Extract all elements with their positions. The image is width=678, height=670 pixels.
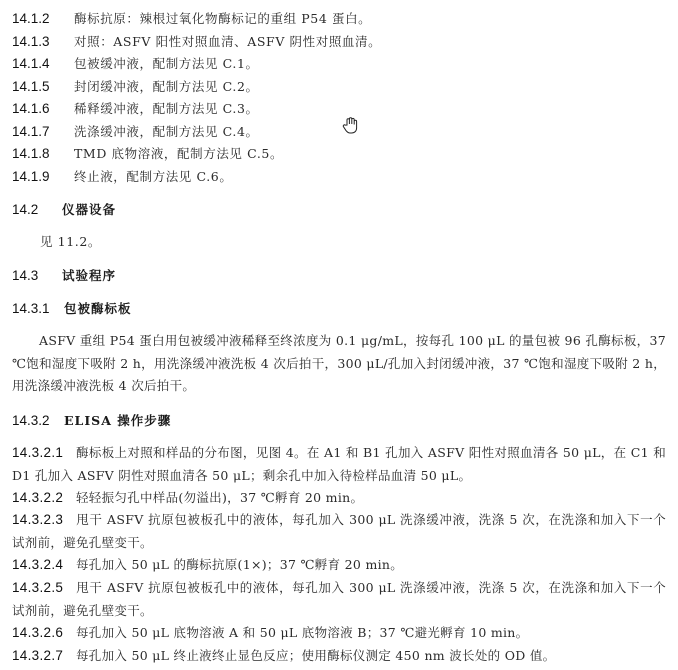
body-text: 见 11.2。 <box>40 234 101 249</box>
step-number: 14.3.2.4 <box>12 554 76 577</box>
list-item: 14.1.7洗涤缓冲液，配制方法见 C.4。 <box>12 124 259 141</box>
paragraph-coating: ASFV 重组 P54 蛋白用包被缓冲液稀释至终浓度为 0.1 μg/mL，按每… <box>12 330 666 398</box>
clause-text: 封闭缓冲液，配制方法见 C.2。 <box>74 79 259 94</box>
step-text: 轻轻振匀孔中样品(勿溢出)，37 ℃孵育 20 min。 <box>76 490 363 505</box>
section-heading-14-3-1: 14.3.1包被酶标板 <box>12 301 132 318</box>
step-item: 14.3.2.5甩干 ASFV 抗原包被板孔中的液体，每孔加入 300 μL 洗… <box>12 577 666 622</box>
section-number: 14.3.2 <box>12 413 64 429</box>
list-item: 14.1.3对照：ASFV 阳性对照血清、ASFV 阴性对照血清。 <box>12 34 381 51</box>
step-text: 每孔加入 50 μL 底物溶液 A 和 50 μL 底物溶液 B；37 ℃避光孵… <box>76 625 528 640</box>
step-text: 甩干 ASFV 抗原包被板孔中的液体，每孔加入 300 μL 洗涤缓冲液，洗涤 … <box>12 512 666 550</box>
list-item: 14.1.5封闭缓冲液，配制方法见 C.2。 <box>12 79 259 96</box>
step-text: 甩干 ASFV 抗原包被板孔中的液体，每孔加入 300 μL 洗涤缓冲液，洗涤 … <box>12 580 666 618</box>
step-item: 14.3.2.4每孔加入 50 μL 的酶标抗原(1×)；37 ℃孵育 20 m… <box>12 554 666 577</box>
section-body: 见 11.2。 <box>40 234 101 251</box>
step-item: 14.3.2.6每孔加入 50 μL 底物溶液 A 和 50 μL 底物溶液 B… <box>12 622 666 645</box>
clause-number: 14.1.7 <box>12 124 74 140</box>
clause-number: 14.1.5 <box>12 79 74 95</box>
clause-number: 14.1.2 <box>12 11 74 27</box>
step-item: 14.3.2.7每孔加入 50 μL 终止液终止显色反应；使用酶标仪测定 450… <box>12 645 666 668</box>
step-item: 14.3.2.3甩干 ASFV 抗原包被板孔中的液体，每孔加入 300 μL 洗… <box>12 509 666 554</box>
step-number: 14.3.2.5 <box>12 577 76 600</box>
list-item: 14.1.2酶标抗原：辣根过氧化物酶标记的重组 P54 蛋白。 <box>12 11 371 28</box>
clause-text: 终止液，配制方法见 C.6。 <box>74 169 232 184</box>
step-text: 每孔加入 50 μL 的酶标抗原(1×)；37 ℃孵育 20 min。 <box>76 557 403 572</box>
clause-text: 对照：ASFV 阳性对照血清、ASFV 阴性对照血清。 <box>74 34 381 49</box>
step-number: 14.3.2.2 <box>12 487 76 510</box>
step-item: 14.3.2.1酶标板上对照和样品的分布图，见图 4。在 A1 和 B1 孔加入… <box>12 442 666 487</box>
step-number: 14.3.2.1 <box>12 442 76 465</box>
clause-text: TMD 底物溶液，配制方法见 C.5。 <box>74 146 283 161</box>
section-title: 仪器设备 <box>62 202 116 217</box>
list-item: 14.1.8TMD 底物溶液，配制方法见 C.5。 <box>12 146 283 163</box>
section-number: 14.3.1 <box>12 301 64 317</box>
section-title: 试验程序 <box>62 268 116 283</box>
section-heading-14-3-2: 14.3.2ELISA 操作步骤 <box>12 413 171 430</box>
step-number: 14.3.2.7 <box>12 645 76 668</box>
section-number: 14.3 <box>12 268 62 284</box>
step-item: 14.3.2.2轻轻振匀孔中样品(勿溢出)，37 ℃孵育 20 min。 <box>12 487 666 510</box>
step-number: 14.3.2.3 <box>12 509 76 532</box>
list-item: 14.1.4包被缓冲液，配制方法见 C.1。 <box>12 56 259 73</box>
hand-cursor-icon <box>341 116 361 136</box>
clause-number: 14.1.8 <box>12 146 74 162</box>
clause-text: 洗涤缓冲液，配制方法见 C.4。 <box>74 124 259 139</box>
clause-number: 14.1.9 <box>12 169 74 185</box>
section-number: 14.2 <box>12 202 62 218</box>
section-heading-14-3: 14.3试验程序 <box>12 268 116 285</box>
clause-text: 包被缓冲液，配制方法见 C.1。 <box>74 56 259 71</box>
clause-number: 14.1.3 <box>12 34 74 50</box>
step-number: 14.3.2.6 <box>12 622 76 645</box>
section-heading-14-2: 14.2仪器设备 <box>12 202 116 219</box>
clause-number: 14.1.4 <box>12 56 74 72</box>
step-text: 酶标板上对照和样品的分布图，见图 4。在 A1 和 B1 孔加入 ASFV 阳性… <box>12 445 666 483</box>
list-item: 14.1.9终止液，配制方法见 C.6。 <box>12 169 232 186</box>
clause-number: 14.1.6 <box>12 101 74 117</box>
section-title: 包被酶标板 <box>64 301 132 316</box>
clause-text: 稀释缓冲液，配制方法见 C.3。 <box>74 101 259 116</box>
clause-text: 酶标抗原：辣根过氧化物酶标记的重组 P54 蛋白。 <box>74 11 371 26</box>
section-title: 操作步骤 <box>112 413 171 428</box>
step-text: 每孔加入 50 μL 终止液终止显色反应；使用酶标仪测定 450 nm 波长处的… <box>76 648 555 663</box>
section-title-bold: ELISA <box>64 413 112 428</box>
list-item: 14.1.6稀释缓冲液，配制方法见 C.3。 <box>12 101 259 118</box>
